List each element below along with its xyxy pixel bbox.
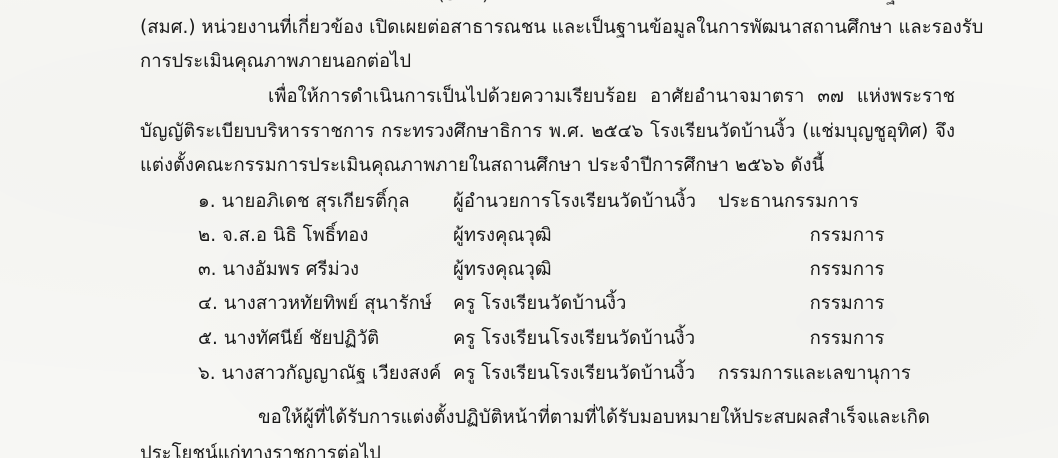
paragraph-2-line-3: แต่งตั้งคณะกรรมการประเมินคุณภาพภายในสถาน… [140,154,824,178]
member-position: ครู โรงเรียนวัดบ้านงิ้ว [453,292,626,316]
paragraph-2-line-2-text: บัญญัติระเบียบบริหารราชการ กระทรวงศึกษาธ… [140,120,955,144]
member-position: ผู้อำนวยการโรงเรียนวัดบ้านงิ้ว [453,190,696,214]
member-name: ๓. นางอัมพร ศรีม่วง [198,258,359,282]
committee-row: ๔. นางสาวหทัยทิพย์ สุนารักษ์ ครู โรงเรีย… [0,292,1058,318]
member-name: ๒. จ.ส.อ นิธิ โพธิ์ทอง [198,224,368,248]
member-position: ผู้ทรงคุณวุฒิ [453,224,552,248]
member-role: กรรมการ [752,327,942,351]
paragraph-3-line-1: ขอให้ผู้ที่ได้รับการแต่งตั้งปฏิบัติหน้าท… [258,406,930,430]
cut-off-top-line: ผลการประเมินตนเองของสถานศึกษา (SAR) เสนอ… [140,0,955,7]
paragraph-1-line-1-text: (สมศ.) หน่วยงานที่เกี่ยวข้อง เปิดเผยต่อส… [140,16,955,40]
member-role: ประธานกรรมการ [718,190,908,214]
member-position: ครู โรงเรียนโรงเรียนวัดบ้านงิ้ว [453,362,695,386]
committee-row: ๑. นายอภิเดช สุรเกียรติ์กุล ผู้อำนวยการโ… [0,190,1058,216]
member-role: กรรมการ [752,258,942,282]
paragraph-1-line-2: การประเมินคุณภาพภายนอกต่อไป [140,50,411,74]
paragraph-2-line-1-text: เพื่อให้การดำเนินการเป็นไปด้วยความเรียบร… [268,85,955,109]
member-role: กรรมการและเลขานุการ [718,362,908,386]
member-name: ๔. นางสาวหทัยทิพย์ สุนารักษ์ [198,292,432,316]
member-role: กรรมการ [752,224,942,248]
committee-row: ๖. นางสาวกัญญาณัฐ เวียงสงค์ ครู โรงเรียน… [0,362,1058,388]
member-name: ๖. นางสาวกัญญาณัฐ เวียงสงค์ [198,362,441,386]
cut-off-top-text: ผลการประเมินตนเองของสถานศึกษา (SAR) เสนอ… [140,0,952,7]
member-position: ครู โรงเรียนโรงเรียนวัดบ้านงิ้ว [453,327,695,351]
paragraph-1-line-1: (สมศ.) หน่วยงานที่เกี่ยวข้อง เปิดเผยต่อส… [140,16,955,40]
paragraph-2-line-2: บัญญัติระเบียบบริหารราชการ กระทรวงศึกษาธ… [140,120,955,144]
member-name: ๕. นางทัศนีย์ ชัยปฏิวัติ [198,327,379,351]
member-name: ๑. นายอภิเดช สุรเกียรติ์กุล [198,190,410,214]
paragraph-2-line-1: เพื่อให้การดำเนินการเป็นไปด้วยความเรียบร… [268,85,955,109]
document-page: ผลการประเมินตนเองของสถานศึกษา (SAR) เสนอ… [0,0,1058,458]
committee-row: ๓. นางอัมพร ศรีม่วง ผู้ทรงคุณวุฒิ กรรมกา… [0,258,1058,284]
member-position: ผู้ทรงคุณวุฒิ [453,258,552,282]
committee-row: ๕. นางทัศนีย์ ชัยปฏิวัติ ครู โรงเรียนโรง… [0,327,1058,353]
paragraph-3-line-2: ประโยชน์แก่ทางราชการต่อไป [140,442,381,458]
committee-row: ๒. จ.ส.อ นิธิ โพธิ์ทอง ผู้ทรงคุณวุฒิ กรร… [0,224,1058,250]
member-role: กรรมการ [752,292,942,316]
